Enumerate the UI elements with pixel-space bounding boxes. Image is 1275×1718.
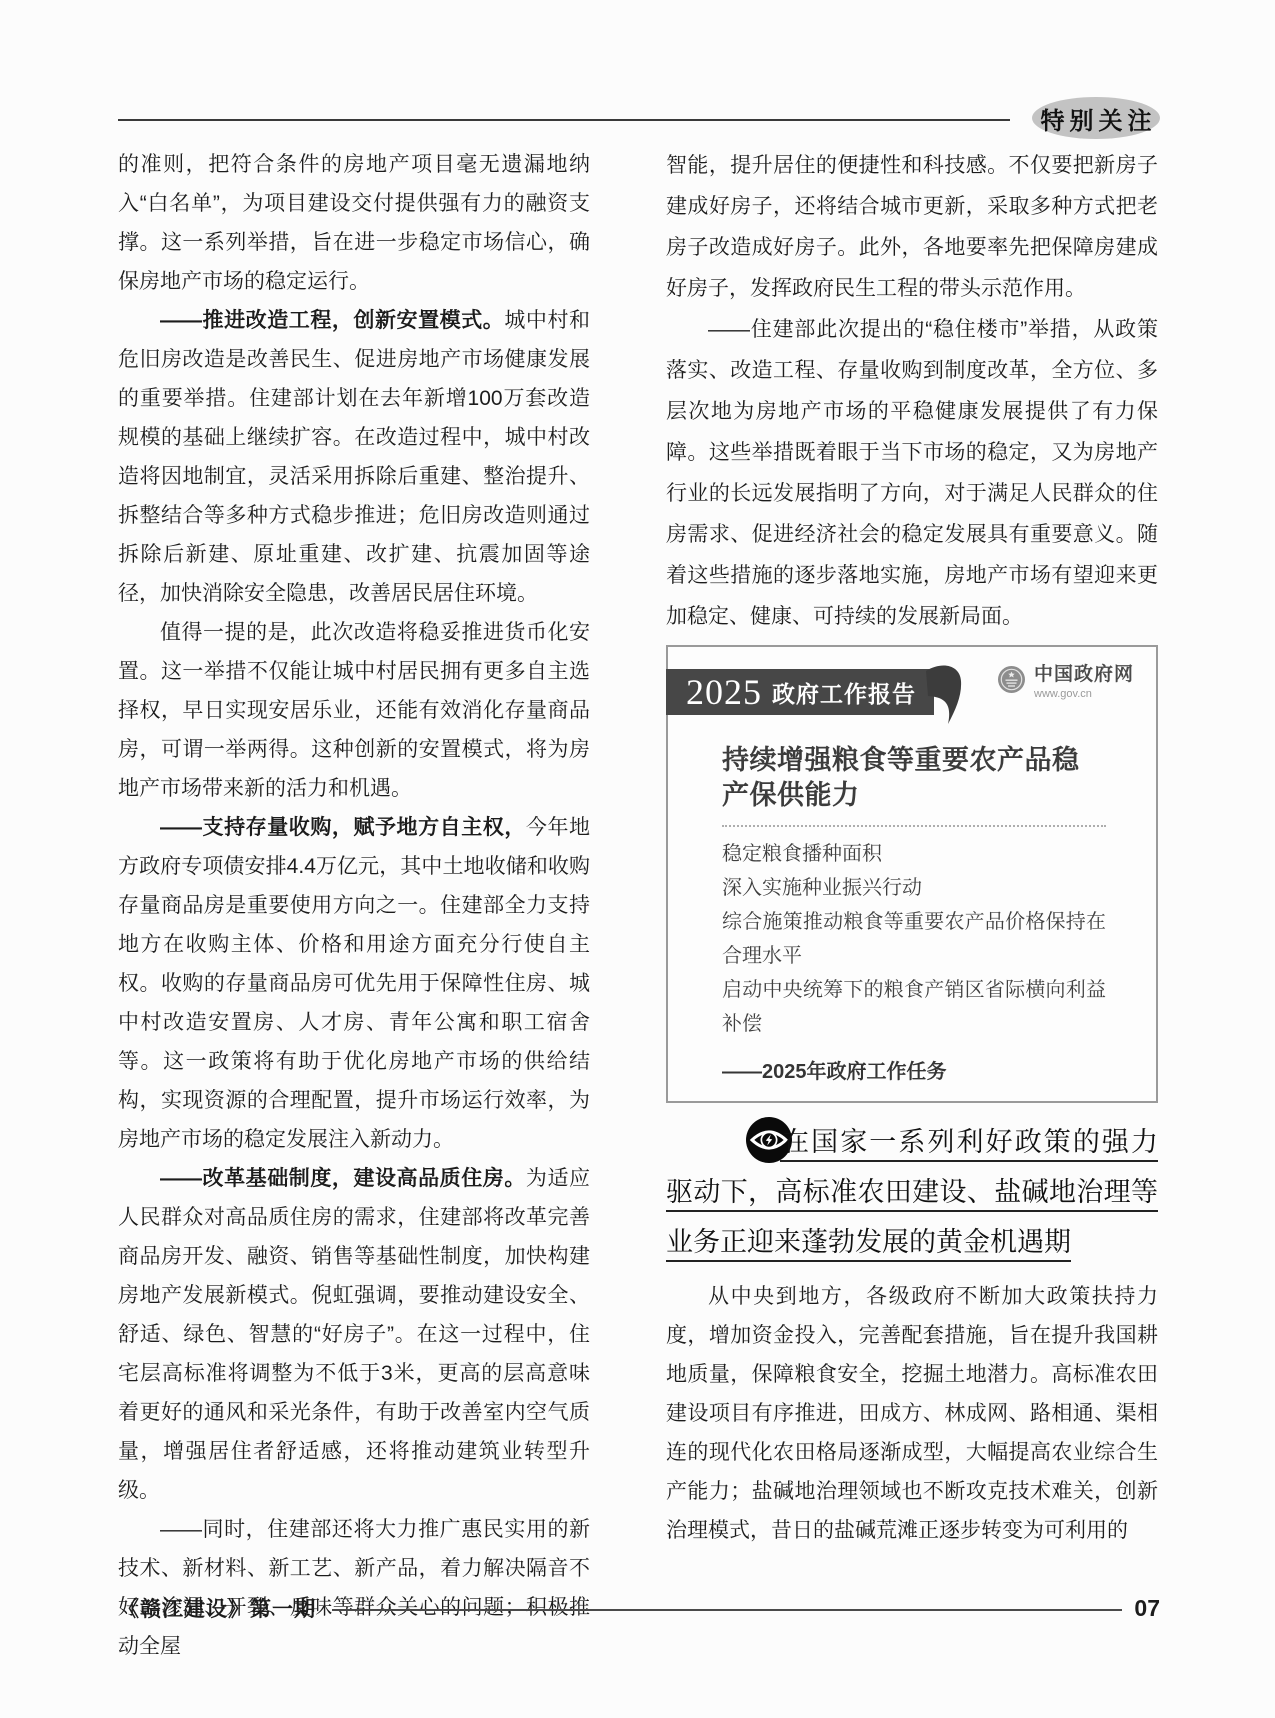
report-items: 稳定粮食播种面积 深入实施种业振兴行动 综合施策推动粮食等重要农产品价格保持在合… bbox=[668, 837, 1156, 1041]
gov-site-name: 中国政府网 bbox=[1034, 659, 1134, 686]
section-badge: 特别关注 bbox=[1032, 97, 1160, 139]
page-footer: 《赣江建设》第一期 07 bbox=[118, 1593, 1160, 1623]
report-item: 启动中央统筹下的粮食产销区省际横向利益补偿 bbox=[722, 973, 1106, 1041]
right-column: 智能，提升居住的便捷性和科技感。不仅要把新房子建成好房子，还将结合城市更新，采取… bbox=[666, 145, 1158, 1666]
gov-site-logo: 中国政府网 www.gov.cn bbox=[998, 659, 1134, 700]
paragraph-text: 城中村和危旧房改造是改善民生、促进房地产市场健康发展的重要举措。住建部计划在去年… bbox=[118, 309, 590, 605]
pull-quote-text: 业务正迎来蓬勃发展的黄金机遇期 bbox=[666, 1227, 1071, 1257]
pull-quote-line: 在国家一系列利好政策的强力 bbox=[666, 1117, 1158, 1167]
section-badge-label: 特别关注 bbox=[1041, 101, 1157, 136]
report-item: 稳定粮食播种面积 bbox=[722, 837, 1106, 871]
report-attribution: ——2025年政府工作任务 bbox=[722, 1059, 1106, 1085]
paragraph: 的准则，把符合条件的房地产项目毫无遗漏地纳入“白名单”，为项目建设交付提供强有力… bbox=[118, 145, 590, 301]
banner-year: 2025 bbox=[686, 674, 762, 710]
report-banner: 2025 政府工作报告 bbox=[668, 669, 1156, 715]
paragraph: ——支持存量收购，赋予地方自主权，今年地方政府专项债安排4.4万亿元，其中土地收… bbox=[118, 808, 590, 1159]
paragraph: 从中央到地方，各级政府不断加大政策扶持力度，增加资金投入，完善配套措施，旨在提升… bbox=[666, 1277, 1158, 1550]
paragraph-text: 的准则，把符合条件的房地产项目毫无遗漏地纳入“白名单”，为项目建设交付提供强有力… bbox=[118, 153, 590, 293]
gov-report-card: 2025 政府工作报告 bbox=[666, 645, 1158, 1103]
banner-title: 政府工作报告 bbox=[772, 676, 916, 709]
paragraph-text: ——同时，住建部还将大力推广惠民实用的新技术、新材料、新工艺、新产品，着力解决隔… bbox=[118, 1518, 590, 1658]
pull-quote-text: 驱动下，高标准农田建设、盐碱地治理等 bbox=[666, 1177, 1158, 1207]
eye-icon bbox=[706, 1117, 752, 1163]
footer-rule bbox=[332, 1609, 1122, 1611]
report-headline: 持续增强粮食等重要农产品稳产保供能力 bbox=[722, 743, 1106, 813]
header-rule bbox=[118, 119, 1010, 121]
gov-site-text: 中国政府网 www.gov.cn bbox=[1034, 659, 1134, 700]
pull-quote: 在国家一系列利好政策的强力 驱动下，高标准农田建设、盐碱地治理等 业务正迎来蓬勃… bbox=[666, 1117, 1158, 1267]
pull-quote-line: 业务正迎来蓬勃发展的黄金机遇期 bbox=[666, 1217, 1158, 1267]
paragraph: 智能，提升居住的便捷性和科技感。不仅要把新房子建成好房子，还将结合城市更新，采取… bbox=[666, 145, 1158, 309]
magazine-page: 特别关注 的准则，把符合条件的房地产项目毫无遗漏地纳入“白名单”，为项目建设交付… bbox=[0, 0, 1275, 1718]
left-column: 的准则，把符合条件的房地产项目毫无遗漏地纳入“白名单”，为项目建设交付提供强有力… bbox=[118, 145, 590, 1666]
pull-quote-line: 驱动下，高标准农田建设、盐碱地治理等 bbox=[666, 1167, 1158, 1217]
paragraph-lead: ——改革基础制度，建设高品质住房。 bbox=[160, 1167, 526, 1190]
ribbon-fold-icon bbox=[926, 663, 966, 725]
report-banner-ribbon: 2025 政府工作报告 bbox=[666, 669, 934, 715]
paragraph-text: 为适应人民群众对高品质住房的需求，住建部将改革完善商品房开发、融资、销售等基础性… bbox=[118, 1167, 590, 1502]
pull-quote-text: 在国家一系列利好政策的强力 bbox=[780, 1127, 1158, 1157]
paragraph-text: 智能，提升居住的便捷性和科技感。不仅要把新房子建成好房子，还将结合城市更新，采取… bbox=[666, 154, 1158, 300]
page-header: 特别关注 bbox=[118, 96, 1160, 140]
paragraph-text: ——住建部此次提出的“稳住楼市”举措，从政策落实、改造工程、存量收购到制度改革，… bbox=[666, 318, 1158, 628]
paragraph-lead: ——推进改造工程，创新安置模式。 bbox=[160, 309, 504, 332]
report-item: 综合施策推动粮食等重要农产品价格保持在合理水平 bbox=[722, 905, 1106, 973]
page-content: 的准则，把符合条件的房地产项目毫无遗漏地纳入“白名单”，为项目建设交付提供强有力… bbox=[118, 145, 1158, 1666]
gov-site-url: www.gov.cn bbox=[1034, 688, 1134, 700]
paragraph-text: 今年地方政府专项债安排4.4万亿元，其中土地收储和收购存量商品房是重要使用方向之… bbox=[118, 816, 590, 1151]
paragraph-text: 从中央到地方，各级政府不断加大政策扶持力度，增加资金投入，完善配套措施，旨在提升… bbox=[666, 1285, 1158, 1542]
journal-title: 《赣江建设》第一期 bbox=[118, 1593, 316, 1623]
paragraph: ——推进改造工程，创新安置模式。城中村和危旧房改造是改善民生、促进房地产市场健康… bbox=[118, 301, 590, 613]
page-number: 07 bbox=[1134, 1595, 1160, 1622]
paragraph-text: 值得一提的是，此次改造将稳妥推进货币化安置。这一举措不仅能让城中村居民拥有更多自… bbox=[118, 621, 590, 800]
paragraph-lead: ——支持存量收购，赋予地方自主权， bbox=[160, 816, 526, 839]
report-item: 深入实施种业振兴行动 bbox=[722, 871, 1106, 905]
paragraph: ——改革基础制度，建设高品质住房。为适应人民群众对高品质住房的需求，住建部将改革… bbox=[118, 1159, 590, 1510]
dotted-divider bbox=[722, 825, 1106, 827]
paragraph: ——同时，住建部还将大力推广惠民实用的新技术、新材料、新工艺、新产品，着力解决隔… bbox=[118, 1510, 590, 1666]
paragraph: 值得一提的是，此次改造将稳妥推进货币化安置。这一举措不仅能让城中村居民拥有更多自… bbox=[118, 613, 590, 808]
national-emblem-icon bbox=[998, 666, 1025, 693]
paragraph: ——住建部此次提出的“稳住楼市”举措，从政策落实、改造工程、存量收购到制度改革，… bbox=[666, 309, 1158, 637]
